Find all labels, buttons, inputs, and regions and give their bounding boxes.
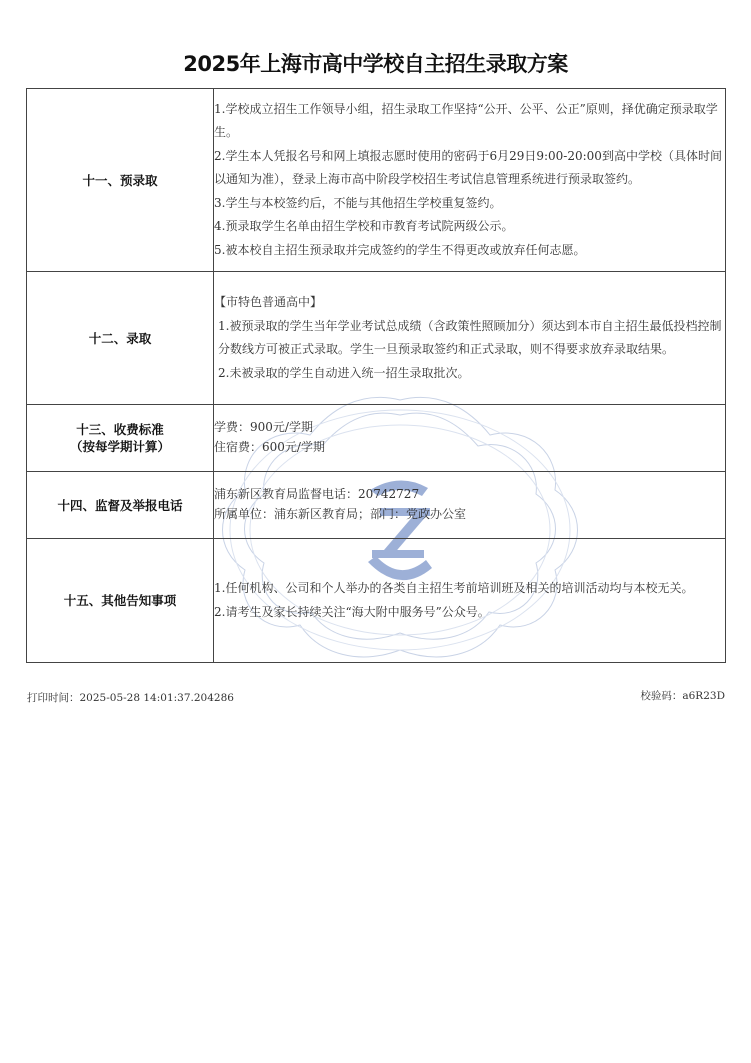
section-label: 十五、其他告知事项 — [27, 539, 214, 663]
verification-code: 校验码：a6R23D — [640, 688, 725, 703]
verify-label: 校验码： — [640, 690, 682, 702]
content-item: 1.任何机构、公司和个人举办的各类自主招生考前培训班及相关的培训活动均与本校无关… — [214, 577, 725, 601]
content-item: 3.学生与本校签约后，不能与其他招生学校重复签约。 — [214, 192, 725, 216]
affiliated-unit: 所属单位：浦东新区教育局；部门：党政办公室 — [214, 504, 725, 524]
content-heading: 【市特色普通高中】 — [214, 291, 725, 315]
section-content: 【市特色普通高中】 1.被预录取的学生当年学业考试总成绩（含政策性照顾加分）须达… — [214, 272, 726, 405]
section-row-fees: 十三、收费标准 （按每学期计算） 学费：900元/学期 住宿费：600元/学期 — [27, 405, 726, 472]
section-label: 十一、预录取 — [27, 89, 214, 272]
content-item: 4.预录取学生名单由招生学校和市教育考试院两级公示。 — [214, 215, 725, 239]
print-time: 打印时间：2025-05-28 14:01:37.204286 — [27, 690, 234, 705]
content-item: 2.未被录取的学生自动进入统一招生录取批次。 — [214, 362, 725, 386]
content-item: 2.学生本人凭报名号和网上填报志愿时使用的密码于6月29日9:00-20:00到… — [214, 145, 725, 192]
accommodation-fee: 住宿费：600元/学期 — [214, 437, 725, 457]
content-item: 1.被预录取的学生当年学业考试总成绩（含政策性照顾加分）须达到本市自主招生最低投… — [214, 315, 725, 362]
section-label: 十二、录取 — [27, 272, 214, 405]
section-content: 学费：900元/学期 住宿费：600元/学期 — [214, 405, 726, 472]
content-item: 2.请考生及家长持续关注“海大附中服务号”公众号。 — [214, 601, 725, 625]
print-time-value: 2025-05-28 14:01:37.204286 — [80, 692, 234, 704]
verify-code-value: a6R23D — [682, 690, 725, 702]
tuition-fee: 学费：900元/学期 — [214, 417, 725, 437]
content-item: 1.学校成立招生工作领导小组，招生录取工作坚持“公开、公平、公正”原则，择优确定… — [214, 98, 725, 145]
print-time-label: 打印时间： — [27, 692, 80, 704]
section-row-pre-admission: 十一、预录取 1.学校成立招生工作领导小组，招生录取工作坚持“公开、公平、公正”… — [27, 89, 726, 272]
section-row-other-notices: 十五、其他告知事项 1.任何机构、公司和个人举办的各类自主招生考前培训班及相关的… — [27, 539, 726, 663]
section-row-supervision: 十四、监督及举报电话 浦东新区教育局监督电话：20742727 所属单位：浦东新… — [27, 472, 726, 539]
section-content: 1.任何机构、公司和个人举办的各类自主招生考前培训班及相关的培训活动均与本校无关… — [214, 539, 726, 663]
section-content: 浦东新区教育局监督电话：20742727 所属单位：浦东新区教育局；部门：党政办… — [214, 472, 726, 539]
section-row-admission: 十二、录取 【市特色普通高中】 1.被预录取的学生当年学业考试总成绩（含政策性照… — [27, 272, 726, 405]
page-title: 2025年上海市高中学校自主招生录取方案 — [0, 48, 751, 78]
section-sublabel: （按每学期计算） — [27, 438, 213, 455]
section-label: 十三、收费标准 （按每学期计算） — [27, 405, 214, 472]
section-label: 十四、监督及举报电话 — [27, 472, 214, 539]
content-item: 5.被本校自主招生预录取并完成签约的学生不得更改或放弃任何志愿。 — [214, 239, 725, 263]
admission-plan-table: 十一、预录取 1.学校成立招生工作领导小组，招生录取工作坚持“公开、公平、公正”… — [26, 88, 726, 663]
supervision-phone: 浦东新区教育局监督电话：20742727 — [214, 484, 725, 504]
section-content: 1.学校成立招生工作领导小组，招生录取工作坚持“公开、公平、公正”原则，择优确定… — [214, 89, 726, 272]
